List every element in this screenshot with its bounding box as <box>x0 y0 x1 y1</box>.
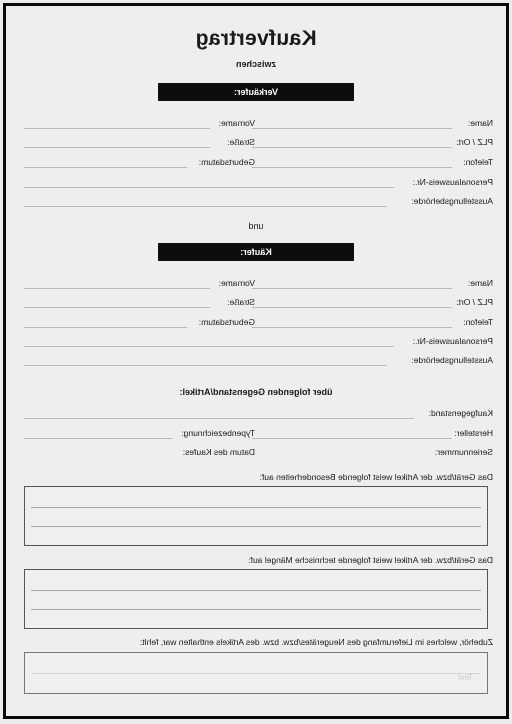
buyer-heading: Käufer: <box>158 243 354 261</box>
box-rule <box>31 507 481 508</box>
zubehoer-textarea[interactable]: Text <box>24 652 488 694</box>
seller-plz-field[interactable] <box>252 147 452 148</box>
seller-ausstellungsbehoerde-label: Ausstellungsbehörde: <box>411 196 493 206</box>
besonderheiten-textarea[interactable] <box>24 486 488 546</box>
seller-personalausweis-label: Personalausweis-Nr.: <box>413 177 493 187</box>
hersteller-field[interactable] <box>252 438 452 439</box>
buyer-geburtsdatum-field[interactable] <box>24 327 187 328</box>
buyer-name-label: Name: <box>468 278 493 288</box>
buyer-vorname-field[interactable] <box>24 288 210 289</box>
zubehoer-placeholder: Text <box>458 673 473 682</box>
buyer-telefon-label: Telefon: <box>463 317 493 327</box>
seriennummer-label: Seriennummer: <box>435 447 493 457</box>
article-heading: über folgenden Gegenstand/Artikel: <box>0 387 512 397</box>
seller-heading: Verkäufer: <box>158 83 354 101</box>
contract-sheet: Kaufvertrag zwischen Verkäufer: Name: Vo… <box>0 0 512 724</box>
seller-plz-label: PLZ / Ort: <box>456 137 493 147</box>
typenbezeichnung-field[interactable] <box>24 438 172 439</box>
seller-strasse-field[interactable] <box>24 147 210 148</box>
maengel-textarea[interactable] <box>24 569 488 629</box>
box-rule <box>31 609 481 610</box>
box-rule <box>31 590 481 591</box>
kaufgegenstand-label: Kaufgegenstand: <box>429 408 493 418</box>
buyer-plz-field[interactable] <box>252 307 452 308</box>
buyer-plz-label: PLZ / Ort: <box>456 297 493 307</box>
buyer-personalausweis-label: Personalausweis-Nr.: <box>413 336 493 346</box>
besonderheiten-label: Das Gerät/bzw. der Artikel weist folgend… <box>260 472 493 482</box>
box-rule <box>31 673 481 674</box>
seller-vorname-label: Vorname: <box>219 118 255 128</box>
seller-ausstellungsbehoerde-field[interactable] <box>24 206 387 207</box>
hersteller-label: Hersteller: <box>454 428 493 438</box>
buyer-ausstellungsbehoerde-label: Ausstellungsbehörde: <box>411 355 493 365</box>
buyer-strasse-label: Straße: <box>227 297 255 307</box>
seller-name-label: Name: <box>468 118 493 128</box>
seller-vorname-field[interactable] <box>24 128 210 129</box>
buyer-telefon-field[interactable] <box>252 327 452 328</box>
document-title: Kaufvertrag <box>0 27 512 51</box>
buyer-personalausweis-field[interactable] <box>24 346 394 347</box>
buyer-geburtsdatum-label: Geburtsdatum: <box>199 317 255 327</box>
maengel-label: Das Gerät/bzw. der Artikel weist folgend… <box>248 555 493 565</box>
zubehoer-label: Zubehör, welches im Lieferumfang des Neu… <box>140 637 493 647</box>
seller-personalausweis-field[interactable] <box>24 187 394 188</box>
seller-geburtsdatum-label: Geburtsdatum: <box>199 157 255 167</box>
datum-kauf-label: Datum des Kaufes: <box>183 447 255 457</box>
seller-strasse-label: Straße: <box>227 137 255 147</box>
connector-und: und <box>0 221 512 231</box>
seller-telefon-field[interactable] <box>252 167 452 168</box>
typenbezeichnung-label: Typenbezeichnung: <box>181 428 255 438</box>
buyer-name-field[interactable] <box>252 288 452 289</box>
seller-telefon-label: Telefon: <box>463 157 493 167</box>
seller-name-field[interactable] <box>252 128 452 129</box>
box-rule <box>31 526 481 527</box>
document-subtitle: zwischen <box>0 59 512 69</box>
buyer-ausstellungsbehoerde-field[interactable] <box>24 365 387 366</box>
buyer-strasse-field[interactable] <box>24 307 210 308</box>
buyer-vorname-label: Vorname: <box>219 278 255 288</box>
kaufgegenstand-field[interactable] <box>24 418 414 419</box>
seller-geburtsdatum-field[interactable] <box>24 167 187 168</box>
